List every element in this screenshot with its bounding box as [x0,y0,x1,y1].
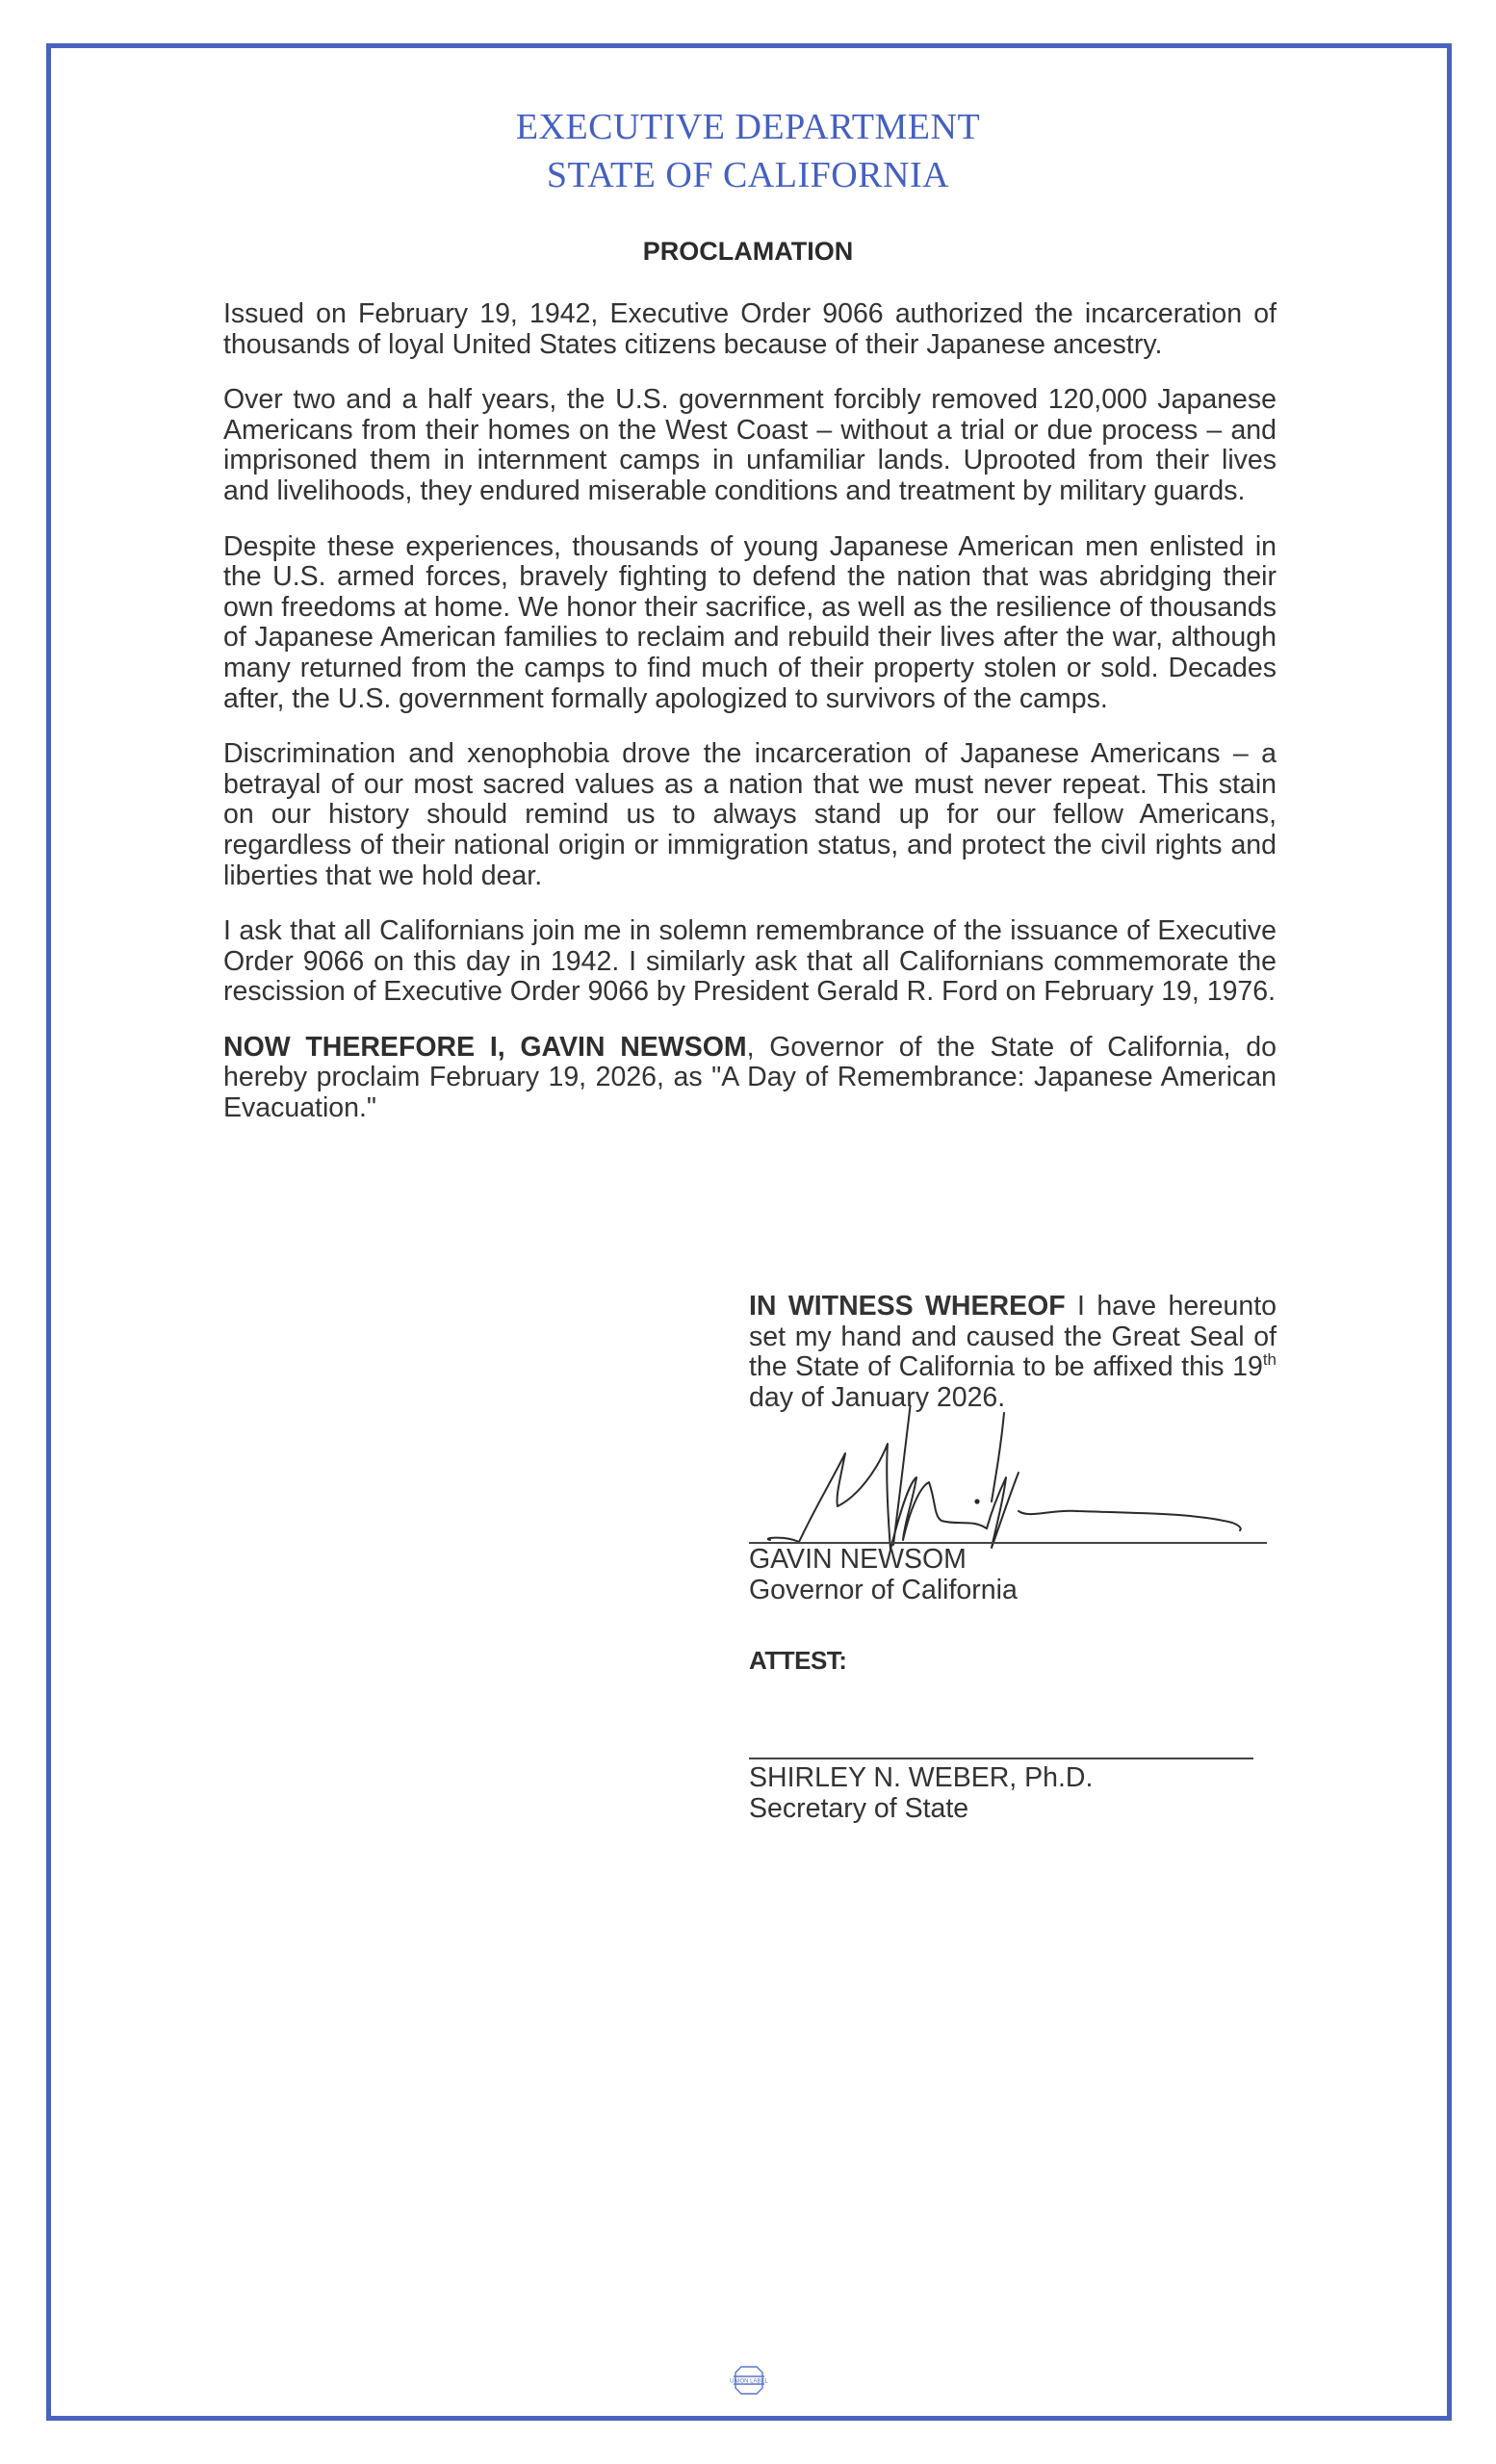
state-heading: STATE OF CALIFORNIA [0,157,1496,193]
ordinal-suffix: th [1263,1350,1277,1369]
proclamation-body: Issued on February 19, 1942, Executive O… [223,299,1277,1149]
governor-name: GAVIN NEWSOM [749,1545,1288,1576]
paragraph: Issued on February 19, 1942, Executive O… [223,299,1277,360]
union-label-icon: UNION LABEL [728,2363,770,2398]
secretary-title: Secretary of State [749,1794,1288,1825]
paragraph: Despite these experiences, thousands of … [223,532,1277,715]
witness-clause: IN WITNESS WHEREOF I have hereunto set m… [749,1292,1277,1413]
proclamation-statement: NOW THEREFORE I, GAVIN NEWSOM, Governor … [223,1033,1277,1124]
paragraph: I ask that all Californians join me in s… [223,916,1277,1008]
paragraph: Over two and a half years, the U.S. gove… [223,385,1277,506]
governor-title: Governor of California [749,1576,1288,1606]
secretary-name: SHIRLEY N. WEBER, Ph.D. [749,1763,1288,1794]
department-heading: EXECUTIVE DEPARTMENT [0,109,1496,145]
proclamation-lead: NOW THEREFORE I, GAVIN NEWSOM [223,1032,747,1063]
paragraph: Discrimination and xenophobia drove the … [223,739,1277,891]
witness-lead: IN WITNESS WHEREOF [749,1291,1066,1322]
attest-signature-line [749,1758,1253,1759]
svg-text:UNION LABEL: UNION LABEL [730,2379,768,2385]
document-title: PROCLAMATION [0,239,1496,265]
attest-label: ATTEST: [749,1646,846,1676]
